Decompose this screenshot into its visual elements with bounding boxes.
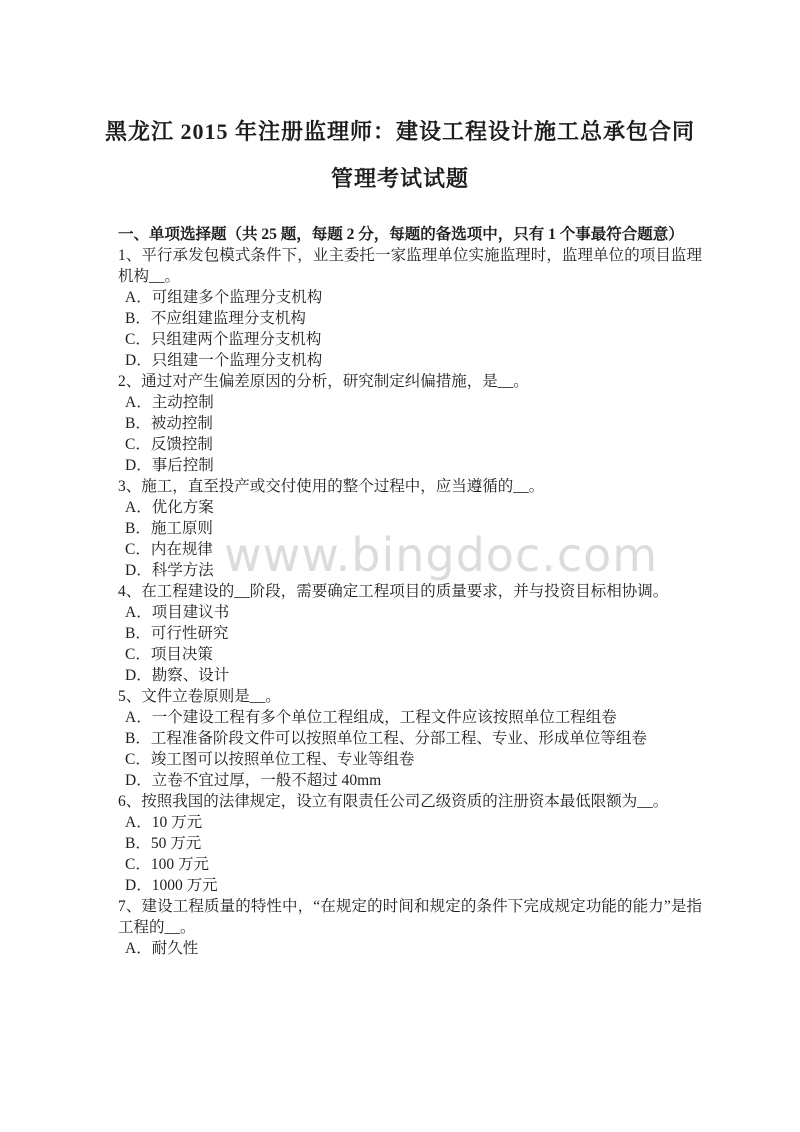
option-item: A．一个建设工程有多个单位工程组成，工程文件应该按照单位工程组卷	[118, 707, 702, 728]
section-header: 一、单项选择题（共 25 题，每题 2 分，每题的备选项中，只有 1 个事最符合…	[118, 224, 702, 245]
question-block-5: 5、文件立卷原则是__。 A．一个建设工程有多个单位工程组成，工程文件应该按照单…	[118, 686, 702, 791]
option-item: D．勘察、设计	[118, 665, 702, 686]
option-item: A．耐久性	[118, 938, 702, 959]
option-item: C．竣工图可以按照单位工程、专业等组卷	[118, 749, 702, 770]
question-block-2: 2、通过对产生偏差原因的分析，研究制定纠偏措施，是__。 A．主动控制 B．被动…	[118, 371, 702, 476]
option-item: C．反馈控制	[118, 434, 702, 455]
option-item: A．优化方案	[118, 497, 702, 518]
option-item: B．不应组建监理分支机构	[118, 308, 702, 329]
option-item: A．可组建多个监理分支机构	[118, 287, 702, 308]
question-text: 6、按照我国的法律规定，设立有限责任公司乙级资质的注册资本最低限额为__。	[118, 791, 702, 812]
question-text: 2、通过对产生偏差原因的分析，研究制定纠偏措施，是__。	[118, 371, 702, 392]
question-block-3: 3、施工，直至投产或交付使用的整个过程中，应当遵循的__。 A．优化方案 B．施…	[118, 476, 702, 581]
option-item: A．10 万元	[118, 812, 702, 833]
option-item: B．工程准备阶段文件可以按照单位工程、分部工程、专业、形成单位等组卷	[118, 728, 702, 749]
option-item: D．事后控制	[118, 455, 702, 476]
question-block-6: 6、按照我国的法律规定，设立有限责任公司乙级资质的注册资本最低限额为__。 A．…	[118, 791, 702, 896]
question-text: 7、建设工程质量的特性中，“在规定的时间和规定的条件下完成规定功能的能力”是指工…	[118, 896, 702, 938]
option-item: C．只组建两个监理分支机构	[118, 329, 702, 350]
document-body: 一、单项选择题（共 25 题，每题 2 分，每题的备选项中，只有 1 个事最符合…	[118, 224, 702, 959]
option-item: D．立卷不宜过厚，一般不超过 40mm	[118, 770, 702, 791]
option-item: C．100 万元	[118, 854, 702, 875]
document-title-line1: 黑龙江 2015 年注册监理师：建设工程设计施工总承包合同	[105, 119, 695, 144]
document-title-line2: 管理考试试题	[331, 166, 469, 191]
option-item: D．只组建一个监理分支机构	[118, 350, 702, 371]
option-item: C．项目决策	[118, 644, 702, 665]
option-item: D．科学方法	[118, 560, 702, 581]
document-title: 黑龙江 2015 年注册监理师：建设工程设计施工总承包合同 管理考试试题	[50, 108, 750, 202]
option-item: A．项目建议书	[118, 602, 702, 623]
question-block-4: 4、在工程建设的__阶段，需要确定工程项目的质量要求，并与投资目标相协调。 A．…	[118, 581, 702, 686]
question-block-1: 1、平行承发包模式条件下，业主委托一家监理单位实施监理时，监理单位的项目监理机构…	[118, 245, 702, 371]
question-block-7: 7、建设工程质量的特性中，“在规定的时间和规定的条件下完成规定功能的能力”是指工…	[118, 896, 702, 959]
option-item: B．被动控制	[118, 413, 702, 434]
option-item: A．主动控制	[118, 392, 702, 413]
question-text: 3、施工，直至投产或交付使用的整个过程中，应当遵循的__。	[118, 476, 702, 497]
document-page: 黑龙江 2015 年注册监理师：建设工程设计施工总承包合同 管理考试试题 www…	[0, 0, 800, 1132]
question-text: 5、文件立卷原则是__。	[118, 686, 702, 707]
question-text: 1、平行承发包模式条件下，业主委托一家监理单位实施监理时，监理单位的项目监理机构…	[118, 245, 702, 287]
option-item: B．50 万元	[118, 833, 702, 854]
option-item: D．1000 万元	[118, 875, 702, 896]
option-item: C．内在规律	[118, 539, 702, 560]
option-item: B．可行性研究	[118, 623, 702, 644]
question-text: 4、在工程建设的__阶段，需要确定工程项目的质量要求，并与投资目标相协调。	[118, 581, 702, 602]
option-item: B．施工原则	[118, 518, 702, 539]
